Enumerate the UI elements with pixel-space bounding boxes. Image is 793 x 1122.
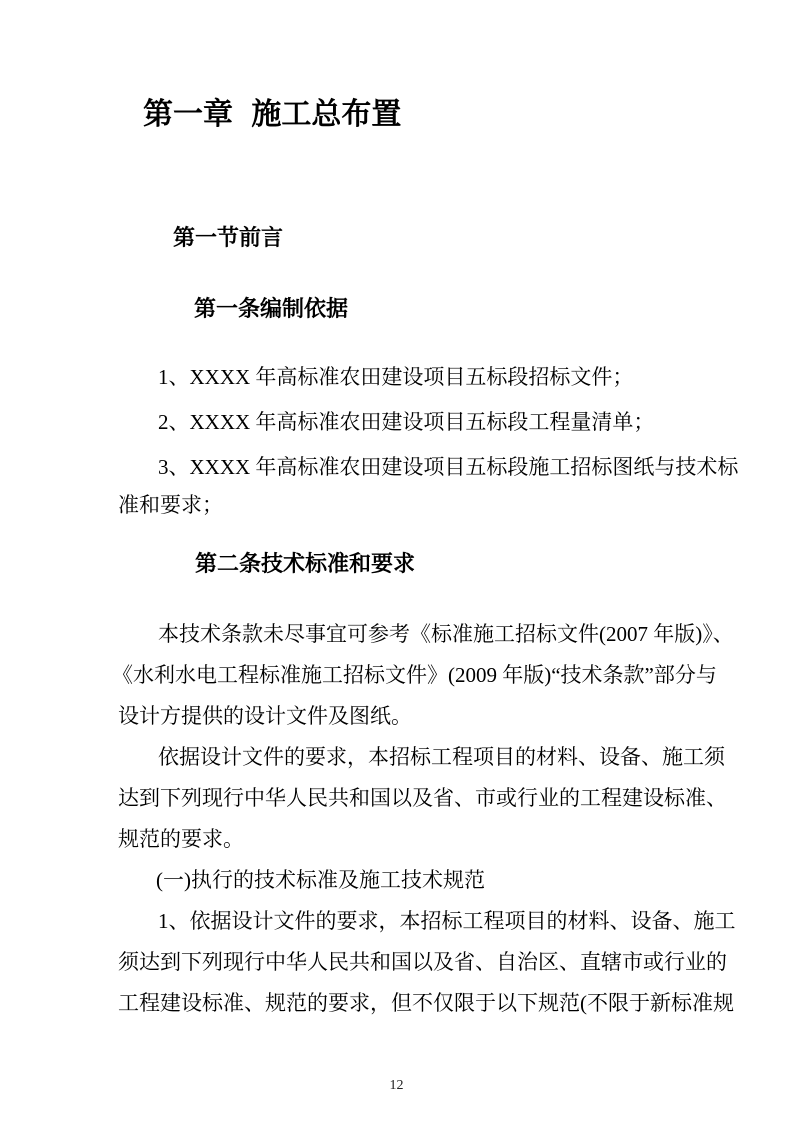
section-heading: 第一节前言 (173, 226, 283, 249)
article1-list-item-3-continuation: 准和要求； (118, 494, 223, 516)
article2-heading: 第二条技术标准和要求 (195, 552, 415, 575)
article2-paragraph3-line-3: 工程建设标准、规范的要求，但不仅限于以下规范(不限于新标准规 (118, 992, 734, 1014)
article1-list-item-1: 1、XXXX 年高标准农田建设项目五标段招标文件； (158, 366, 633, 388)
document-page: 第一章 施工总布置 第一节前言 第一条编制依据 1、XXXX 年高标准农田建设项… (0, 0, 793, 1122)
article2-paragraph2-line-3: 规范的要求。 (118, 828, 244, 850)
article1-list-item-2: 2、XXXX 年高标准农田建设项目五标段工程量清单； (158, 411, 654, 433)
chapter-heading: 第一章 施工总布置 (143, 99, 401, 131)
article2-paragraph1-line-2: 《水利水电工程标准施工招标文件》(2009 年版)“技术条款”部分与 (112, 664, 717, 686)
page-number: 12 (0, 1078, 793, 1094)
article2-paragraph3-line-2: 须达到下列现行中华人民共和国以及省、自治区、直辖市或行业的 (118, 951, 727, 973)
article2-paragraph1-line-3: 设计方提供的设计文件及图纸。 (118, 705, 412, 727)
article2-paragraph2-line-2: 达到下列现行中华人民共和国以及省、市或行业的工程建设标准、 (118, 787, 727, 809)
article2-subheading: (一)执行的技术标准及施工技术规范 (156, 869, 485, 891)
article1-list-item-3: 3、XXXX 年高标准农田建设项目五标段施工招标图纸与技术标 (158, 456, 738, 478)
article2-paragraph2-line-1: 依据设计文件的要求，本招标工程项目的材料、设备、施工须 (158, 746, 725, 768)
article1-heading: 第一条编制依据 (194, 297, 348, 320)
article2-paragraph1-line-1: 本技术条款未尽事宜可参考《标准施工招标文件(2007 年版)》、 (158, 623, 734, 645)
article2-paragraph3-line-1: 1、依据设计文件的要求，本招标工程项目的材料、设备、施工 (158, 910, 736, 932)
